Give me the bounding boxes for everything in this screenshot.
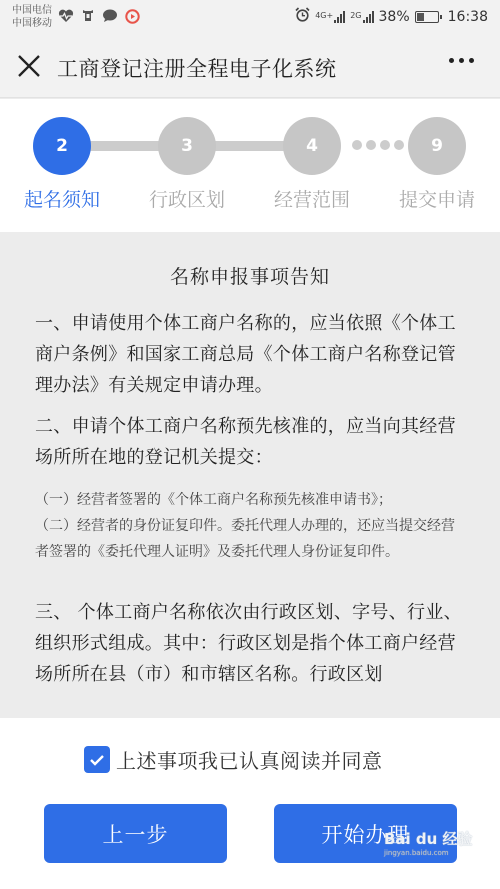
- signal-1: 4G+: [315, 11, 345, 23]
- notice-content[interactable]: 名称申报事项告知 一、申请使用个体工商户名称的，应当依照《个体工商户条例》和国家…: [0, 232, 500, 718]
- checkmark-icon: [89, 754, 105, 766]
- notification-icons: [58, 8, 140, 24]
- notice-sub-item-2: （二）经营者的身份证复印件。委托代理人办理的，还应当提交经营者签署的《委托代理人…: [35, 513, 465, 565]
- system-status: 4G+ 2G 38% 16:38: [295, 7, 488, 26]
- more-button[interactable]: [449, 58, 474, 63]
- battery-percent: 38%: [379, 9, 410, 25]
- notice-title: 名称申报事项告知: [35, 262, 465, 289]
- signal-bars-icon: [334, 11, 345, 23]
- notice-paragraph-3: 三、 个体工商户名称依次由行政区划、字号、行业、组织形式组成。其中：行政区划是指…: [35, 597, 465, 690]
- signal-2: 2G: [350, 11, 373, 23]
- carrier-info: 中国电信 中国移动: [12, 4, 52, 30]
- status-bar: 中国电信 中国移动 4G+ 2G 38% 16:38: [0, 0, 500, 36]
- footer-actions: 上述事项我已认真阅读并同意 上一步 开始办理: [0, 718, 500, 889]
- video-play-icon: [124, 8, 140, 24]
- title-bar: 工商登记注册全程电子化系统: [0, 36, 500, 98]
- clock: 16:38: [448, 9, 488, 25]
- cow-app-icon: [80, 8, 96, 24]
- step-circle-4: 4: [283, 117, 341, 175]
- step-label-admin-division: 行政区划: [132, 185, 242, 212]
- page-title: 工商登记注册全程电子化系统: [57, 53, 337, 83]
- chat-bubble-icon: [102, 8, 118, 24]
- close-button[interactable]: [16, 53, 42, 79]
- agree-label: 上述事项我已认真阅读并同意: [116, 745, 383, 774]
- notice-sub-item-1: （一）经营者签署的《个体工商户名称预先核准申请书》；: [35, 487, 465, 513]
- close-icon: [16, 53, 42, 79]
- alarm-icon: [295, 7, 310, 26]
- signal-bars-icon: [363, 11, 374, 23]
- carrier-1: 中国电信: [12, 4, 52, 17]
- agree-row[interactable]: 上述事项我已认真阅读并同意: [84, 745, 383, 774]
- step-connector: [214, 141, 294, 151]
- step-ellipsis: [352, 140, 404, 150]
- step-label-name-notice: 起名须知: [7, 185, 117, 212]
- notice-sub-items: （一）经营者签署的《个体工商户名称预先核准申请书》； （二）经营者的身份证复印件…: [35, 487, 465, 565]
- notice-paragraph-2: 二、申请个体工商户名称预先核准的，应当向其经营场所所在地的登记机关提交：: [35, 411, 465, 473]
- step-label-business-scope: 经营范围: [257, 185, 367, 212]
- progress-stepper: 2 3 4 9 起名须知 行政区划 经营范围 提交申请: [0, 99, 500, 232]
- step-label-submit: 提交申请: [382, 185, 492, 212]
- baidu-watermark: Bai du 经验 jingyan.baidu.com: [384, 828, 473, 857]
- notice-paragraph-1: 一、申请使用个体工商户名称的，应当依照《个体工商户条例》和国家工商总局《个体工商…: [35, 308, 465, 401]
- previous-step-button[interactable]: 上一步: [44, 804, 227, 863]
- carrier-2: 中国移动: [12, 17, 52, 30]
- step-circle-9: 9: [408, 117, 466, 175]
- agree-checkbox[interactable]: [84, 746, 110, 773]
- more-dots-icon: [449, 58, 454, 63]
- step-circle-3: 3: [158, 117, 216, 175]
- step-circle-2: 2: [33, 117, 91, 175]
- heartbeat-icon: [58, 8, 74, 24]
- battery-icon: [415, 11, 439, 23]
